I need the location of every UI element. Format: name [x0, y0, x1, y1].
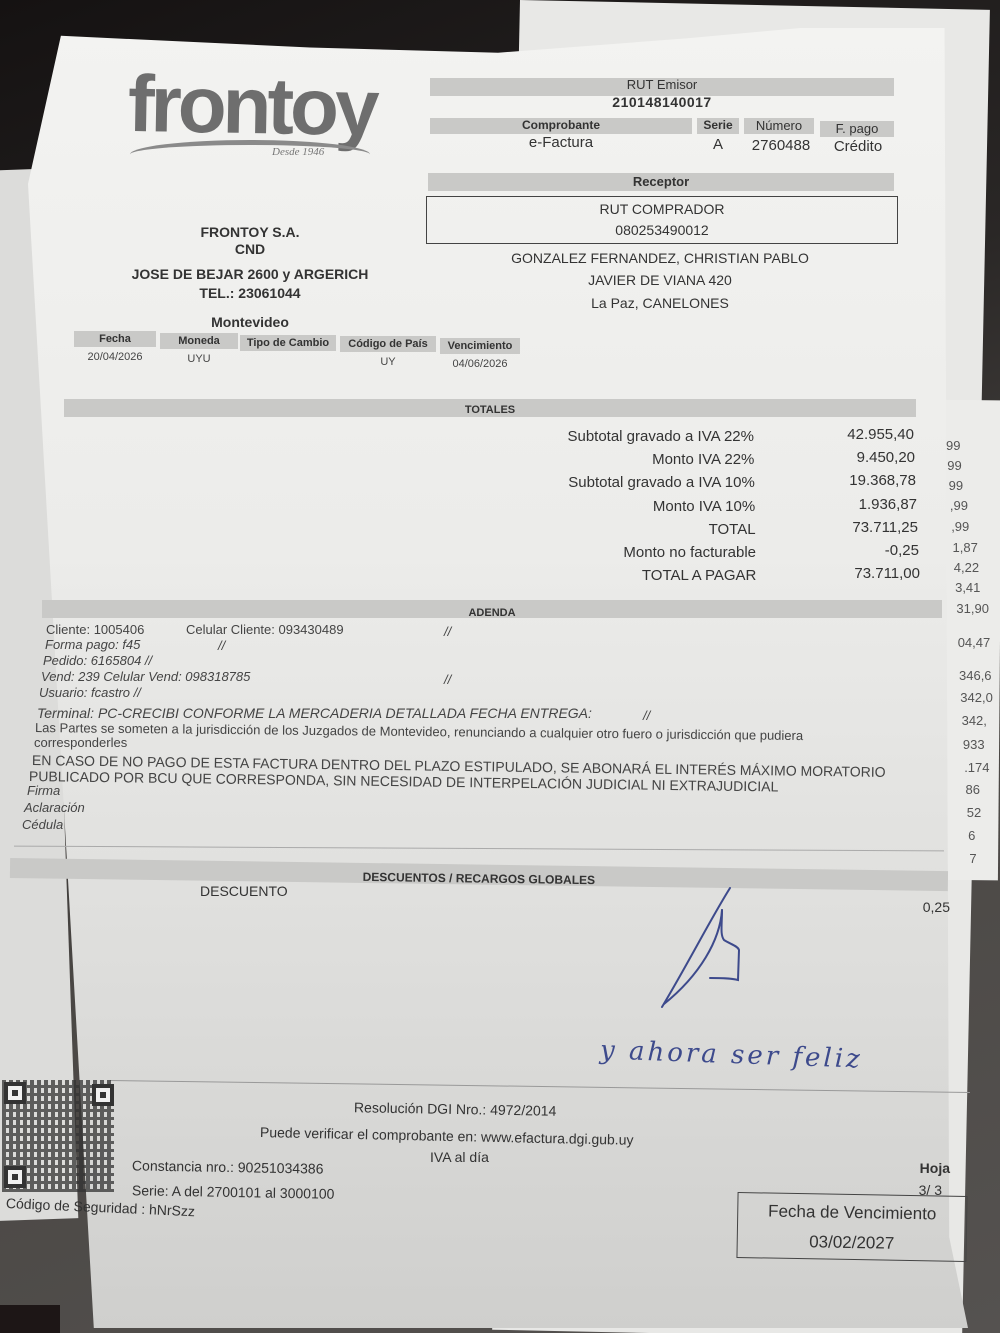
adenda-vendedor: Vend: 239 Celular Vend: 098318785	[41, 669, 250, 684]
adenda-header: ADENDA	[42, 600, 942, 618]
totales-label: Subtotal gravado a IVA 22%	[454, 428, 754, 445]
logo-tagline: Desde 1946	[272, 146, 324, 158]
comprobante-value: e-Factura	[430, 134, 692, 151]
totales-value: 1.936,87	[777, 496, 917, 513]
qr-corner	[4, 1166, 26, 1188]
serie-label: Serie	[697, 118, 739, 134]
adenda-cedula: Cédula	[22, 817, 63, 832]
receptor-address: JAVIER DE VIANA 420	[430, 272, 890, 288]
totales-value: 73.711,00	[780, 565, 920, 582]
adenda-usuario: Usuario: fcastro //	[39, 685, 141, 700]
adenda-jurisdiccion-cont: corresponderles	[34, 735, 127, 750]
adenda-pedido: Pedido: 6165804 //	[43, 653, 152, 668]
totales-label: TOTAL A PAGAR	[456, 567, 756, 584]
info-value-3: UY	[340, 356, 436, 368]
constancia: Constancia nro.: 90251034386	[132, 1157, 324, 1176]
totales-label: Monto IVA 10%	[455, 498, 755, 515]
invoice-page: frontoy Desde 1946 RUT Emisor 2101481400…	[0, 0, 1000, 1333]
fpago-label: F. pago	[820, 121, 894, 137]
qr-corner	[92, 1084, 114, 1106]
receptor-name: GONZALEZ FERNANDEZ, CHRISTIAN PABLO	[430, 250, 890, 266]
fecha-vencimiento-box: Fecha de Vencimiento 03/02/2027	[736, 1192, 967, 1262]
info-value-4: 04/06/2026	[440, 358, 520, 370]
emisor-address: JOSE DE BEJAR 2600 y ARGERICH	[110, 266, 390, 282]
adenda-aclaracion: Aclaración	[24, 800, 85, 815]
info-value-1: UYU	[160, 353, 238, 365]
receptor-city: La Paz, CANELONES	[430, 295, 890, 311]
adenda-separator: //	[444, 672, 451, 687]
descuento-label: DESCUENTO	[200, 883, 288, 899]
info-header-3: Código de País	[340, 336, 436, 352]
numero-value: 2760488	[744, 137, 818, 154]
fecha-vencimiento-value: 03/02/2027	[738, 1231, 966, 1255]
info-header-1: Moneda	[160, 333, 238, 349]
totales-value: -0,25	[779, 542, 919, 559]
adenda-forma-pago: Forma pago: f45	[45, 637, 140, 652]
info-header-0: Fecha	[74, 331, 156, 347]
adenda-separator: //	[643, 708, 650, 723]
totales-label: Monto IVA 22%	[454, 451, 754, 468]
fecha-vencimiento-label: Fecha de Vencimiento	[738, 1201, 966, 1225]
emisor-city: Montevideo	[120, 314, 380, 330]
serie-value: A	[697, 136, 739, 153]
rut-comprador-value: 080253490012	[427, 222, 897, 238]
totales-label: Subtotal gravado a IVA 10%	[455, 474, 755, 491]
totales-value: 42.955,40	[774, 426, 914, 443]
totales-header: TOTALES	[64, 399, 916, 417]
qr-corner	[4, 1082, 26, 1104]
totales-label: TOTAL	[456, 521, 756, 538]
comprobante-label: Comprobante	[430, 118, 692, 134]
adenda-separator: //	[218, 638, 225, 653]
emisor-phone: TEL.: 23061044	[120, 285, 380, 301]
adenda-celular-cliente: Celular Cliente: 093430489	[186, 622, 344, 637]
rut-emisor-value: 210148140017	[430, 94, 894, 110]
emisor-name: FRONTOY S.A.	[120, 224, 380, 240]
adenda-separator: //	[444, 624, 451, 639]
numero-label: Número	[744, 118, 814, 134]
fpago-value: Crédito	[820, 138, 896, 155]
adenda-terminal: Terminal: PC-CRECIBI CONFORME LA MERCADE…	[37, 705, 592, 721]
totales-value: 9.450,20	[775, 449, 915, 466]
rut-comprador-box: RUT COMPRADOR 080253490012	[426, 196, 898, 244]
info-header-2: Tipo de Cambio	[240, 335, 336, 351]
iva-al-dia: IVA al día	[430, 1149, 489, 1165]
adenda-cliente: Cliente: 1005406	[46, 622, 144, 637]
rut-comprador-label: RUT COMPRADOR	[427, 201, 897, 217]
signature	[640, 880, 780, 1020]
totales-value: 73.711,25	[778, 519, 918, 536]
logo-swoosh	[130, 140, 370, 169]
info-value-0: 20/04/2026	[74, 351, 156, 363]
hoja-label: Hoja	[890, 1160, 950, 1176]
emisor-branch: CND	[120, 241, 380, 257]
totales-value: 19.368,78	[776, 472, 916, 489]
receptor-label: Receptor	[428, 173, 894, 191]
descuento-value: 0,25	[900, 899, 950, 915]
info-header-4: Vencimiento	[440, 338, 520, 354]
totales-label: Monto no facturable	[456, 544, 756, 561]
adenda-firma: Firma	[27, 783, 60, 798]
